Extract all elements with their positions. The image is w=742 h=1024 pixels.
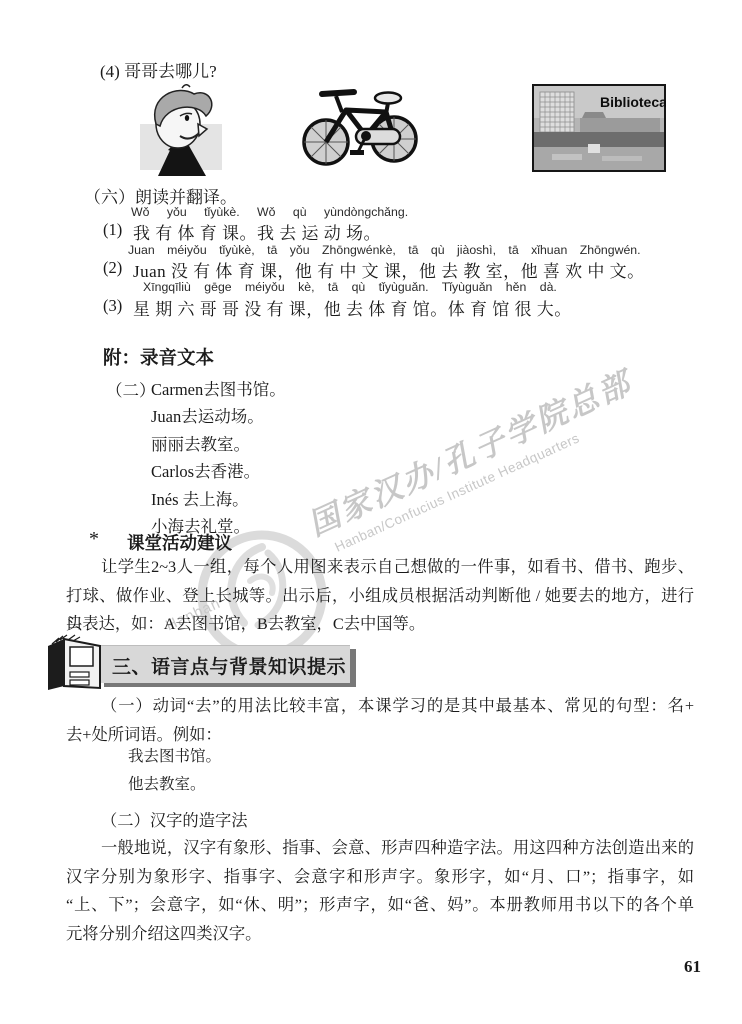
transcript-line: Carlos去香港。 <box>151 458 286 485</box>
item-number-1: (1) <box>103 220 122 240</box>
bicycle-illustration <box>296 86 424 168</box>
section-3-title: 三、语言点与背景知识提示 <box>112 652 346 679</box>
hanzi-paragraph-line: 汉字分别为象形字、指事字、会意字和形声字。象形字，如“月、口”；指事字，如 <box>66 863 694 892</box>
photo-caption: Biblioteca <box>600 94 666 110</box>
hanzi-paragraph-line: 一般地说，汉字有象形、指事、会意、形声四种造字法。用这四种方法创造出来的 <box>66 834 694 863</box>
activity-paragraph: 让学生2~3人一组，每个人用图来表示自己想做的一件事，如看书、借书、跑步、 打球… <box>66 553 694 639</box>
transcript-heading: 附：录音文本 <box>103 344 214 370</box>
hanzi-paragraph-line: “上、下”；会意字，如“休、明”；形声字，如“爸、妈”。本册教师用书以下的各个单 <box>66 891 694 920</box>
item-number-3: (3) <box>103 296 122 316</box>
transcript-line: Juan去运动场。 <box>151 403 286 430</box>
hanzi-line-2: Juan 没 有 体 育 课，他 有 中 文 课，他 去 教 室，他 喜 欢 中… <box>133 257 645 282</box>
hanzi-line-1: 我 有 体 育 课。我 去 运 动 场。 <box>133 219 381 244</box>
transcript-line: Carmen去图书馆。 <box>151 376 286 403</box>
hanzi-section-paragraph: 一般地说，汉字有象形、指事、会意、形声四种造字法。用这四种方法创造出来的 汉字分… <box>66 834 694 948</box>
open-book-icon <box>42 634 106 692</box>
exercise-4-prompt: (4) 哥哥去哪儿? <box>100 57 217 82</box>
activity-paragraph-line: 打球、做作业、登上长城等。出示后，小组成员根据活动判断他 / 她要去的地方，进行… <box>66 582 694 611</box>
activity-paragraph-line: 让学生2~3人一组，每个人用图来表示自己想做的一件事，如看书、借书、跑步、 <box>66 553 694 582</box>
transcript-lines: Carmen去图书馆。 Juan去运动场。 丽丽去教室。 Carlos去香港。 … <box>151 376 286 540</box>
boy-illustration <box>120 84 238 180</box>
example-sentence: 他去教室。 <box>128 772 221 800</box>
grammar-point-line: （一）动词“去”的用法比较丰富，本课学习的是其中最基本、常见的句型：名+ <box>66 692 694 721</box>
item-number-2: (2) <box>103 258 122 278</box>
hanzi-paragraph-line: 元将分别介绍这四类汉字。 <box>66 920 694 949</box>
hanzi-line-3: 星 期 六 哥 哥 没 有 课，他 去 体 育 馆。体 育 馆 很 大。 <box>133 295 572 320</box>
example-sentence: 我去图书馆。 <box>128 744 221 772</box>
grammar-point-1: （一）动词“去”的用法比较丰富，本课学习的是其中最基本、常见的句型：名+ 去+处… <box>66 692 694 749</box>
textbook-page: Hanban 国家汉办/孔子学院总部 Hanban/Confucius Inst… <box>0 0 742 1024</box>
library-photo: Biblioteca <box>532 84 666 172</box>
activity-star: * <box>89 528 99 551</box>
pinyin-line-2: Juan méiyǒu tǐyùkè, tā yǒu Zhōngwénkè, t… <box>128 243 641 257</box>
pinyin-line-3: Xīngqīliù gēge méiyǒu kè, tā qù tǐyùguǎn… <box>143 280 557 294</box>
activity-heading: 课堂活动建议 <box>127 530 232 555</box>
example-sentences: 我去图书馆。 他去教室。 <box>128 744 221 799</box>
transcript-line: Inés 去上海。 <box>151 486 286 513</box>
activity-paragraph-line: 头表达，如：A去图书馆，B去教室，C去中国等。 <box>66 610 694 639</box>
transcript-line: 丽丽去教室。 <box>151 431 286 458</box>
page-number: 61 <box>684 957 701 977</box>
hanzi-section-heading: （二）汉字的造字法 <box>101 807 248 836</box>
pinyin-line-1: Wǒ yǒu tǐyùkè. Wǒ qù yùndòngchǎng. <box>131 205 408 219</box>
transcript-label: （二） <box>106 377 156 401</box>
